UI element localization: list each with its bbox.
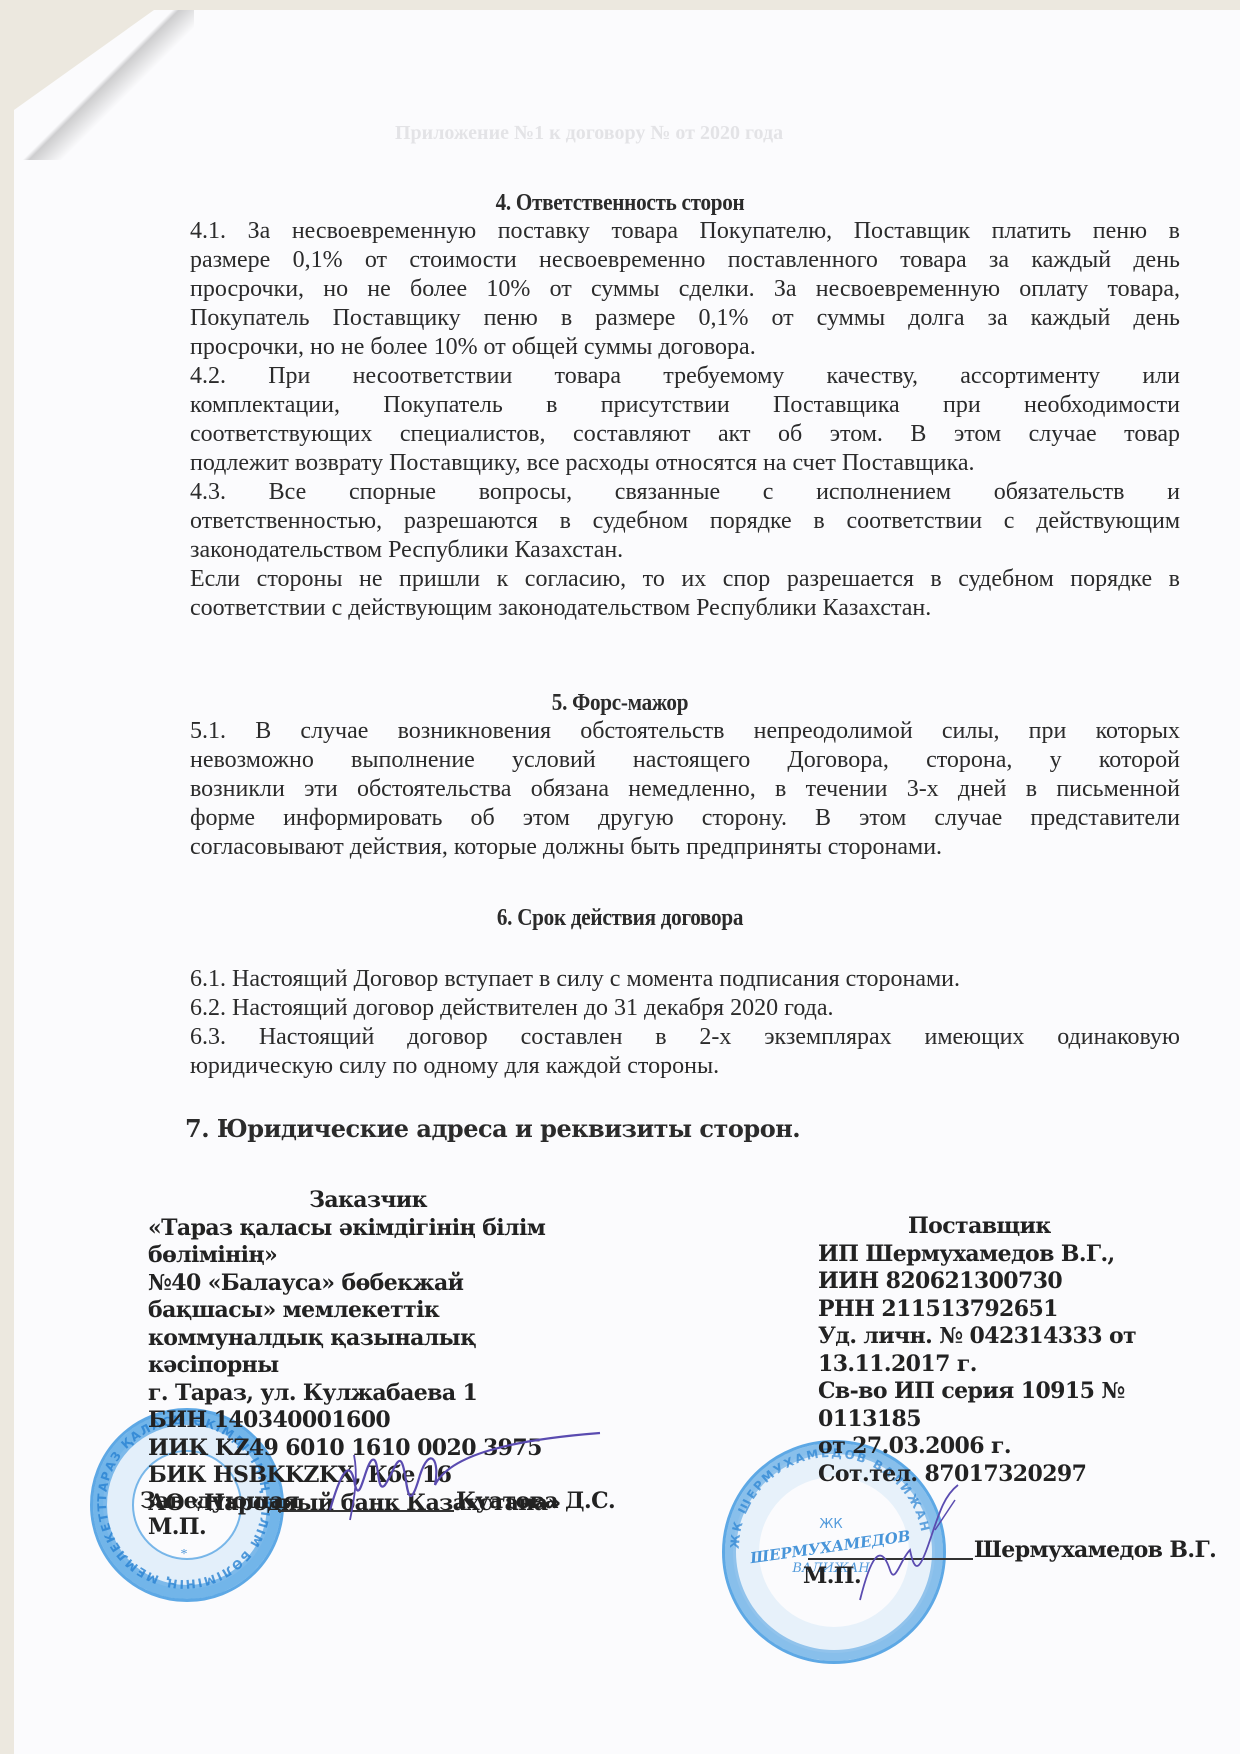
text-line: возникли эти обстоятельства обязана неме… — [190, 775, 1180, 804]
text-line: просрочки, но не более 10% от общей сумм… — [190, 333, 1180, 362]
text-line: невозможно выполнение условий настоящего… — [190, 746, 1180, 775]
supplier-line: ИИН 820621300730 — [818, 1268, 1218, 1296]
text-line: 6.2. Настоящий договор действителен до 3… — [190, 994, 1180, 1023]
text-line: просрочки, но не более 10% от суммы сдел… — [190, 275, 1180, 304]
supplier-line: Уд. личн. № 042314333 от — [818, 1323, 1218, 1351]
customer-line: коммуналдық қазыналық кәсіпорны — [148, 1325, 588, 1380]
text-line: комплектации, Покупатель в присутствии П… — [190, 391, 1180, 420]
svg-text:*: * — [181, 1547, 188, 1562]
customer-line: №40 «Балауса» бөбекжай бақшасы» мемлекет… — [148, 1270, 588, 1325]
customer-signature-icon — [310, 1415, 610, 1535]
section-5-body: 5.1. В случае возникновения обстоятельст… — [190, 717, 1180, 862]
text-line: соответствующих специалистов, составляют… — [190, 420, 1180, 449]
supplier-requisites: Поставщик ИП Шермухамедов В.Г., ИИН 8206… — [818, 1213, 1218, 1488]
customer-signer-title: Заведующая — [140, 1488, 299, 1516]
text-line: соответствии с действующим законодательс… — [190, 594, 1180, 623]
text-line: подлежит возврату Поставщику, все расход… — [190, 449, 1180, 478]
text-line: 6.3. Настоящий договор составлен в 2-х э… — [190, 1023, 1180, 1052]
section-title-5: 5. Форс-мажор — [74, 690, 1165, 717]
customer-line: г. Тараз, ул. Кулжабаева 1 — [148, 1380, 588, 1408]
text-line: 4.3. Все спорные вопросы, связанные с ис… — [190, 478, 1180, 507]
text-line: размере 0,1% от стоимости несвоевременно… — [190, 246, 1180, 275]
text-line: Покупатель Поставщику пеню в размере 0,1… — [190, 304, 1180, 333]
section-6-body: 6.1. Настоящий Договор вступает в силу с… — [190, 965, 1180, 1081]
text-line: согласовывают действия, которые должны б… — [190, 833, 1180, 862]
section-4-body: 4.1. За несвоевременную поставку товара … — [190, 217, 1180, 623]
text-line: 4.1. За несвоевременную поставку товара … — [190, 217, 1180, 246]
supplier-line: Св-во ИП серия 10915 № 0113185 — [818, 1378, 1218, 1433]
supplier-signature-icon — [840, 1480, 970, 1620]
text-line: ответственностью, разрешаются в судебном… — [190, 507, 1180, 536]
text-line: Если стороны не пришли к согласию, то их… — [190, 565, 1180, 594]
customer-line: «Тараз қаласы әкімдігінің білім бөліміні… — [148, 1215, 588, 1270]
supplier-heading: Поставщик — [818, 1213, 1218, 1241]
text-line: 6.1. Настоящий Договор вступает в силу с… — [190, 965, 1180, 994]
section-title-7: 7. Юридические адреса и реквизиты сторон… — [185, 1114, 800, 1143]
section-title-4: 4. Ответственность сторон — [74, 190, 1165, 217]
text-line: юридическую силу по одному для каждой ст… — [190, 1052, 1180, 1081]
supplier-signer-name: Шермухамедов В.Г. — [974, 1537, 1216, 1565]
supplier-line: ИП Шермухамедов В.Г., — [818, 1241, 1218, 1269]
text-line: форме информировать об этом другую сторо… — [190, 804, 1180, 833]
customer-seal-label: М.П. — [148, 1514, 206, 1542]
section-title-6: 6. Срок действия договора — [74, 905, 1165, 932]
supplier-line: 13.11.2017 г. — [818, 1351, 1218, 1379]
customer-heading: Заказчик — [148, 1187, 588, 1215]
supplier-line: от 27.03.2006 г. — [818, 1433, 1218, 1461]
text-line: 5.1. В случае возникновения обстоятельст… — [190, 717, 1180, 746]
supplier-line: РНН 211513792651 — [818, 1296, 1218, 1324]
bleed-through-text: Приложение №1 к договору № от 2020 года — [395, 122, 783, 145]
text-line: 4.2. При несоответствии товара требуемом… — [190, 362, 1180, 391]
text-line: законодательством Республики Казахстан. — [190, 536, 1180, 565]
